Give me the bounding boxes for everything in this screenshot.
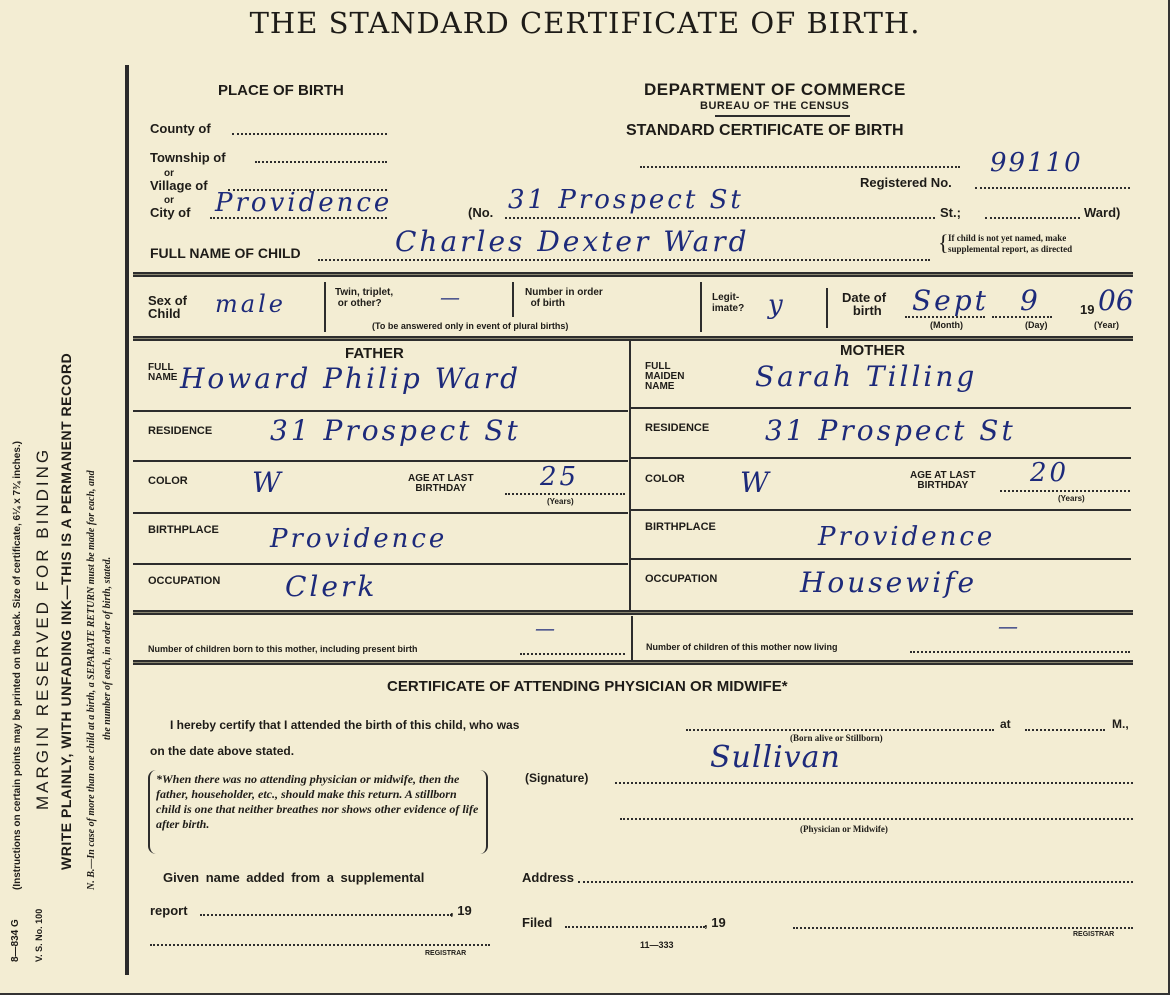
mother-age-caption: (Years) — [1058, 494, 1085, 503]
divider — [631, 616, 633, 660]
mother-color-label: COLOR — [645, 474, 685, 485]
margin-instructions: (Instructions on certain points may be p… — [12, 441, 23, 890]
township-label: Township of — [150, 150, 226, 165]
supplemental-registrar-caption: REGISTRAR — [425, 950, 466, 957]
year-caption: (Year) — [1094, 320, 1119, 330]
children-living-label: Number of children of this mother now li… — [646, 642, 838, 652]
legitimate-label: Legit-imate? — [712, 292, 744, 314]
dob-label: Date of birth — [842, 291, 886, 317]
bureau-name: BUREAU OF THE CENSUS — [700, 100, 849, 112]
mother-name-value: Sarah Tilling — [755, 360, 977, 393]
mother-birthplace-value: Providence — [818, 522, 995, 552]
child-name-note-2: supplemental report, as directed — [948, 244, 1072, 254]
registered-number-label: Registered No. — [860, 175, 952, 190]
address-label: Address — [522, 870, 574, 885]
birth-order-line2: of birth — [531, 298, 565, 309]
registration-district-field[interactable] — [640, 166, 960, 168]
plural-birth-note: (To be answered only in event of plural … — [372, 321, 568, 331]
physician-title-field[interactable] — [620, 818, 1133, 820]
stillborn-note-text: *When there was no attending physician o… — [156, 772, 480, 832]
divider — [512, 282, 514, 317]
mother-residence-value: 31 Prospect St — [765, 414, 1016, 447]
mother-name-label-line3: NAME — [645, 381, 674, 392]
father-age-field[interactable] — [505, 493, 625, 495]
row-line — [133, 410, 628, 412]
mother-name-label: FULLMAIDENNAME — [645, 362, 684, 392]
twin-label-line1: Twin, triplet, — [335, 287, 393, 298]
signature-label: (Signature) — [525, 771, 588, 785]
dob-year-value: 06 — [1098, 284, 1134, 317]
month-caption: (Month) — [930, 320, 963, 330]
registrar-field[interactable] — [793, 927, 1133, 929]
margin-form-code: 8—834 G — [10, 919, 21, 962]
row-line — [133, 563, 628, 565]
mother-age-value: 20 — [1030, 458, 1069, 488]
born-alive-field[interactable] — [686, 729, 994, 731]
street-value: 31 Prospect St — [508, 185, 744, 215]
filed-label: Filed — [522, 915, 552, 930]
father-heading: FATHER — [345, 345, 404, 362]
sex-label: Sex ofChild — [148, 294, 187, 320]
ward-label: Ward) — [1084, 205, 1120, 220]
mother-age-line2: BIRTHDAY — [917, 480, 968, 491]
father-occupation-value: Clerk — [285, 570, 377, 603]
legitimate-line2: imate? — [712, 303, 744, 314]
registrar-caption: REGISTRAR — [1073, 931, 1114, 938]
father-age-value: 25 — [540, 462, 579, 492]
township-field[interactable] — [255, 161, 387, 163]
city-value: Providence — [215, 188, 392, 218]
day-caption: (Day) — [1025, 320, 1048, 330]
at-label: at — [1000, 717, 1011, 731]
section-divider — [133, 336, 1133, 341]
physician-heading: CERTIFICATE OF ATTENDING PHYSICIAN OR MI… — [387, 678, 788, 695]
father-birthplace-value: Providence — [270, 524, 447, 554]
row-line — [631, 407, 1131, 409]
birth-order-line1: Number in order — [525, 287, 603, 298]
dob-year-prefix: 19 — [1080, 302, 1094, 317]
father-age-label: AGE AT LASTBIRTHDAY — [408, 474, 474, 494]
county-field[interactable] — [232, 133, 387, 135]
child-name-label: FULL NAME OF CHILD — [150, 245, 301, 261]
twin-value: — — [440, 285, 463, 309]
children-born-field[interactable] — [520, 653, 625, 655]
father-name-label-line2: NAME — [148, 372, 177, 383]
registered-number-field[interactable] — [975, 187, 1130, 189]
child-name-field[interactable] — [318, 259, 930, 261]
mother-heading: MOTHER — [840, 342, 905, 359]
section-divider — [133, 610, 1133, 615]
divider — [826, 288, 828, 328]
section-divider — [133, 660, 1133, 665]
father-residence-value: 31 Prospect St — [270, 414, 521, 447]
mother-birthplace-label: BIRTHPLACE — [645, 522, 716, 533]
supplemental-text: Given name added from a supplemental — [163, 870, 424, 885]
margin-form-series: V. S. No. 100 — [34, 909, 44, 962]
note-brace: { — [938, 232, 949, 254]
address-field[interactable] — [578, 881, 1133, 883]
m-label: M., — [1112, 717, 1129, 731]
father-color-value: W — [252, 466, 284, 499]
row-line — [631, 558, 1131, 560]
mother-occupation-value: Housewife — [800, 566, 977, 599]
mother-age-field[interactable] — [1000, 490, 1130, 492]
twin-label-line2: or other? — [338, 298, 382, 309]
children-living-field[interactable] — [910, 651, 1130, 653]
report-label: report — [150, 903, 188, 918]
form-number: 11—333 — [640, 940, 674, 950]
row-line — [133, 512, 628, 514]
child-name-value: Charles Dexter Ward — [395, 225, 750, 258]
time-field[interactable] — [1025, 729, 1105, 731]
father-birthplace-label: BIRTHPLACE — [148, 525, 219, 536]
birth-order-label: Number in order of birth — [525, 287, 603, 309]
place-of-birth-heading: PLACE OF BIRTH — [218, 82, 344, 99]
stillborn-note-box: *When there was no attending physician o… — [148, 770, 488, 854]
physician-caption: (Physician or Midwife) — [800, 824, 888, 834]
birth-certificate-page: THE STANDARD CERTIFICATE OF BIRTH. 8—834… — [0, 0, 1170, 995]
divider — [700, 282, 702, 332]
legitimate-value: y — [768, 290, 786, 320]
report-year-prefix: , 19 — [450, 903, 472, 918]
sex-value: male — [215, 290, 286, 318]
divider — [324, 282, 326, 332]
children-born-value: — — [535, 616, 558, 640]
children-born-label: Number of children born to this mother, … — [148, 644, 418, 654]
children-living-value: — — [998, 614, 1021, 638]
signature-value: Sullivan — [710, 740, 841, 775]
section-divider — [133, 272, 1133, 277]
mother-occupation-label: OCCUPATION — [645, 574, 717, 585]
father-residence-label: RESIDENCE — [148, 426, 212, 437]
father-name-label: FULLNAME — [148, 363, 177, 383]
left-frame-border — [125, 65, 129, 975]
ward-field[interactable] — [985, 217, 1080, 219]
father-occupation-label: OCCUPATION — [148, 576, 220, 587]
child-name-note-1: If child is not yet named, make — [948, 233, 1066, 243]
father-name-value: Howard Philip Ward — [180, 362, 521, 395]
father-age-caption: (Years) — [547, 497, 574, 506]
dob-day-value: 9 — [1020, 284, 1041, 317]
certify-text: I hereby certify that I attended the bir… — [170, 718, 519, 732]
bureau-underline — [715, 115, 850, 117]
margin-binding: MARGIN RESERVED FOR BINDING — [33, 447, 53, 810]
county-label: County of — [150, 121, 211, 136]
row-line — [631, 509, 1131, 511]
sex-label-line2: Child — [148, 306, 181, 321]
city-label: City of — [150, 205, 190, 220]
margin-nb-line2: the number of each, in order of birth, s… — [102, 557, 113, 740]
margin-write-plainly: WRITE PLAINLY, WITH UNFADING INK—THIS IS… — [58, 353, 74, 870]
father-color-label: COLOR — [148, 476, 188, 487]
date-stated-text: on the date above stated. — [150, 744, 294, 758]
supplemental-registrar-field[interactable] — [150, 944, 490, 946]
street-field[interactable] — [505, 217, 935, 219]
report-field[interactable] — [200, 914, 452, 916]
dob-label-line2: birth — [853, 303, 882, 318]
signature-field[interactable] — [615, 782, 1133, 784]
filed-date-field[interactable] — [565, 926, 705, 928]
village-label: Village of — [150, 178, 208, 193]
filed-year-prefix: , 19 — [704, 915, 726, 930]
parents-column-divider — [629, 340, 631, 612]
department-name: DEPARTMENT OF COMMERCE — [644, 80, 906, 100]
st-label: St.; — [940, 205, 961, 220]
dob-month-value: Sept — [912, 284, 989, 317]
registered-number-value: 99110 — [990, 148, 1083, 178]
legitimate-line1: Legit- — [712, 292, 739, 303]
street-number-label: (No. — [468, 205, 493, 220]
twin-label: Twin, triplet, or other? — [335, 287, 393, 309]
margin-nb-line1: N. B.—In case of more than one child at … — [86, 470, 97, 890]
father-age-line2: BIRTHDAY — [415, 483, 466, 494]
document-title: THE STANDARD CERTIFICATE OF BIRTH. — [0, 6, 1170, 40]
form-title: STANDARD CERTIFICATE OF BIRTH — [626, 122, 904, 140]
mother-age-label: AGE AT LASTBIRTHDAY — [910, 471, 976, 491]
mother-residence-label: RESIDENCE — [645, 423, 709, 434]
mother-color-value: W — [740, 466, 772, 499]
